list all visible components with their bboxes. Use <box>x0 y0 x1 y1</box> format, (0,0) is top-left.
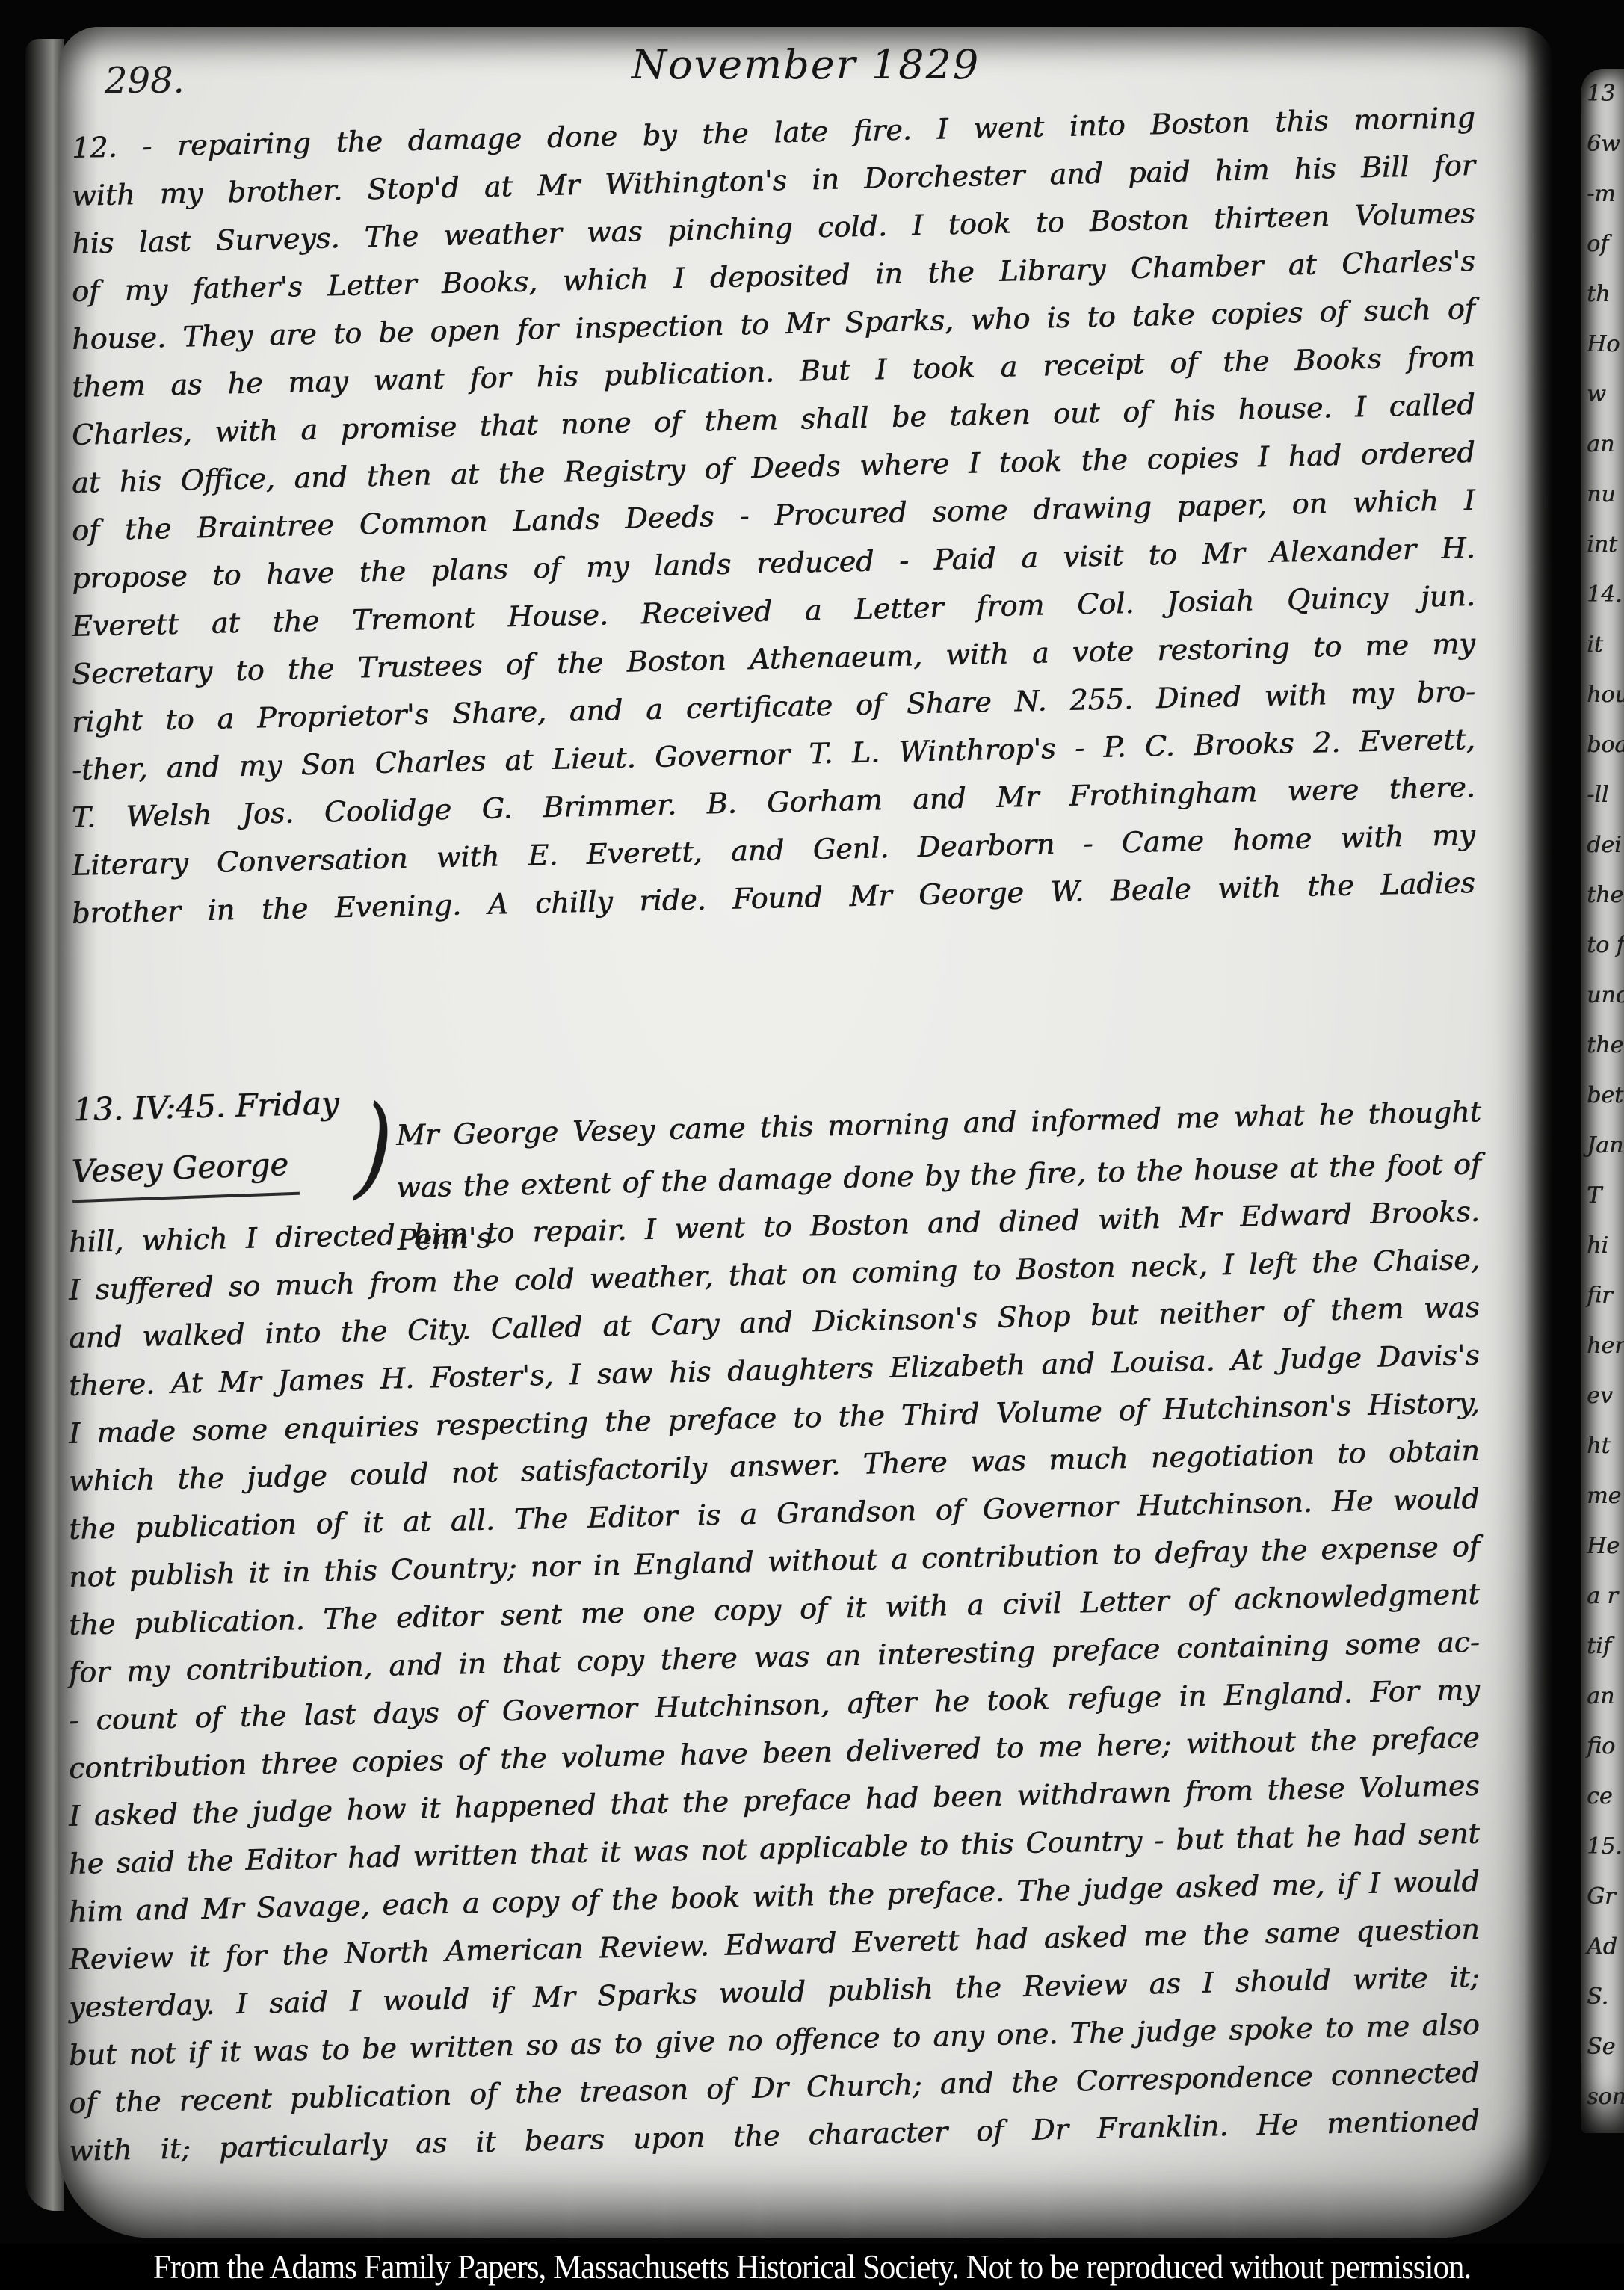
facing-page-fragment: -m <box>1581 169 1624 219</box>
diary-entry-nov12: 12. - repairing the damage done by the l… <box>72 124 1475 937</box>
facing-page-fragment: son <box>1581 2072 1624 2122</box>
facing-page-fragment: S. <box>1581 1972 1624 2022</box>
facing-page-fragment: Se <box>1581 2022 1624 2072</box>
facing-page-fragment: ev <box>1581 1371 1624 1421</box>
facing-page-fragment: T <box>1581 1170 1624 1220</box>
facing-page-fragment: dei <box>1581 820 1624 870</box>
facing-page-fragment: it <box>1581 620 1624 670</box>
facing-page-fragment: Ad <box>1581 1922 1624 1972</box>
facing-page-fragment: me <box>1581 1471 1624 1521</box>
facing-page-fragment: hou <box>1581 670 1624 720</box>
facing-page-fragment: of <box>1581 219 1624 269</box>
facing-page-fragment: an <box>1581 1671 1624 1721</box>
facing-page-fragment: a r <box>1581 1571 1624 1621</box>
facing-page-fragment: fio <box>1581 1721 1624 1771</box>
facing-page-fragment: -ll <box>1581 770 1624 820</box>
facing-page-fragment: unc <box>1581 970 1624 1020</box>
facing-page-fragment: ht <box>1581 1421 1624 1471</box>
facing-page-fragment: Gr <box>1581 1871 1624 1922</box>
footer-credit: From the Adams Family Papers, Massachuse… <box>57 2248 1567 2286</box>
facing-page-fragment: 6w <box>1581 119 1624 169</box>
facing-page-fragment: to f <box>1581 920 1624 970</box>
facing-page-fragment: hi <box>1581 1220 1624 1271</box>
facing-page-fragment: Jan <box>1581 1120 1624 1170</box>
margin-note: Vesey George <box>71 1149 300 1203</box>
book-page: 298. November 1829 12. - repairing the d… <box>58 27 1553 2238</box>
facing-page-fragment: Ho <box>1581 319 1624 369</box>
facing-page-fragment: her <box>1581 1321 1624 1371</box>
facing-page-fragment: an <box>1581 419 1624 469</box>
margin-note-brace: ) <box>354 1090 395 1206</box>
facing-page-fragment: fir <box>1581 1271 1624 1321</box>
facing-page-fragment: the <box>1581 1020 1624 1070</box>
facing-page-fragment: the <box>1581 870 1624 920</box>
header-date: November 1829 <box>58 45 1553 85</box>
facing-page-sliver: 136w-mofthHowannuint14.ithouboa-lldeithe… <box>1581 69 1624 2133</box>
facing-page-fragment: tif <box>1581 1621 1624 1671</box>
diary-entry-nov13-body: hill, which I directed him to repair. I … <box>69 1218 1480 2175</box>
facing-page-fragment: ce <box>1581 1771 1624 1821</box>
facing-page-fragment: 14. <box>1581 570 1624 620</box>
facing-page-fragment: 15. <box>1581 1821 1624 1871</box>
facing-page-fragment: boa <box>1581 720 1624 770</box>
facing-page-fragment: int <box>1581 519 1624 570</box>
entry-heading: 13. IV:45. Friday <box>73 1087 339 1126</box>
facing-page-fragment: th <box>1581 269 1624 319</box>
facing-page-fragment: 13 <box>1581 69 1624 119</box>
facing-page-fragment: bet <box>1581 1070 1624 1120</box>
facing-page-fragment: He <box>1581 1521 1624 1571</box>
facing-page-fragment: w <box>1581 369 1624 419</box>
facing-page-fragment: nu <box>1581 469 1624 519</box>
credit-footer-band: From the Adams Family Papers, Massachuse… <box>0 2244 1624 2290</box>
